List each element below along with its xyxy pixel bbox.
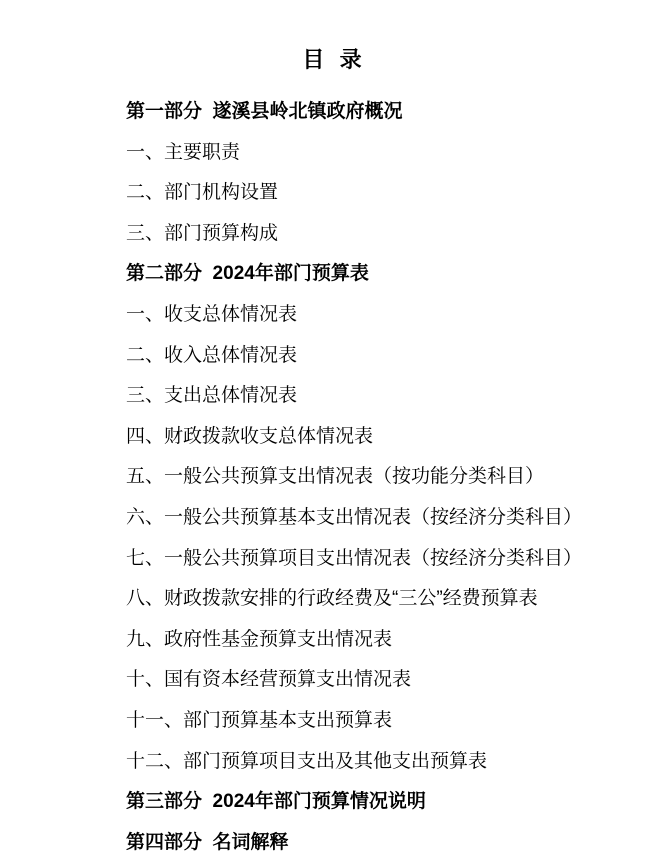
toc-item: 十、国有资本经营预算支出情况表 bbox=[126, 660, 665, 701]
toc-item: 二、部门机构设置 bbox=[126, 173, 665, 214]
toc-section-heading: 第一部分 遂溪县岭北镇政府概况 bbox=[126, 92, 665, 133]
toc-item: 十一、部门预算基本支出预算表 bbox=[126, 701, 665, 742]
toc-item: 七、一般公共预算项目支出情况表（按经济分类科目） bbox=[126, 539, 665, 580]
document-page: 目 录 第一部分 遂溪县岭北镇政府概况一、主要职责二、部门机构设置三、部门预算构… bbox=[0, 0, 665, 867]
toc-section-heading: 第三部分 2024年部门预算情况说明 bbox=[126, 782, 665, 823]
toc-item: 三、部门预算构成 bbox=[126, 214, 665, 255]
toc-item: 二、收入总体情况表 bbox=[126, 336, 665, 377]
toc-item: 一、收支总体情况表 bbox=[126, 295, 665, 336]
toc-item: 四、财政拨款收支总体情况表 bbox=[126, 417, 665, 458]
toc-item: 八、财政拨款安排的行政经费及“三公”经费预算表 bbox=[126, 579, 665, 620]
toc-item: 十二、部门预算项目支出及其他支出预算表 bbox=[126, 742, 665, 783]
toc-item: 六、一般公共预算基本支出情况表（按经济分类科目） bbox=[126, 498, 665, 539]
toc-item: 三、支出总体情况表 bbox=[126, 376, 665, 417]
toc-section-heading: 第二部分 2024年部门预算表 bbox=[126, 254, 665, 295]
page-title: 目 录 bbox=[0, 46, 665, 74]
toc-item: 九、政府性基金预算支出情况表 bbox=[126, 620, 665, 661]
toc-item: 一、主要职责 bbox=[126, 133, 665, 174]
toc-section-heading: 第四部分 名词解释 bbox=[126, 823, 665, 864]
toc-item: 五、一般公共预算支出情况表（按功能分类科目） bbox=[126, 457, 665, 498]
toc-list: 第一部分 遂溪县岭北镇政府概况一、主要职责二、部门机构设置三、部门预算构成第二部… bbox=[126, 92, 665, 863]
